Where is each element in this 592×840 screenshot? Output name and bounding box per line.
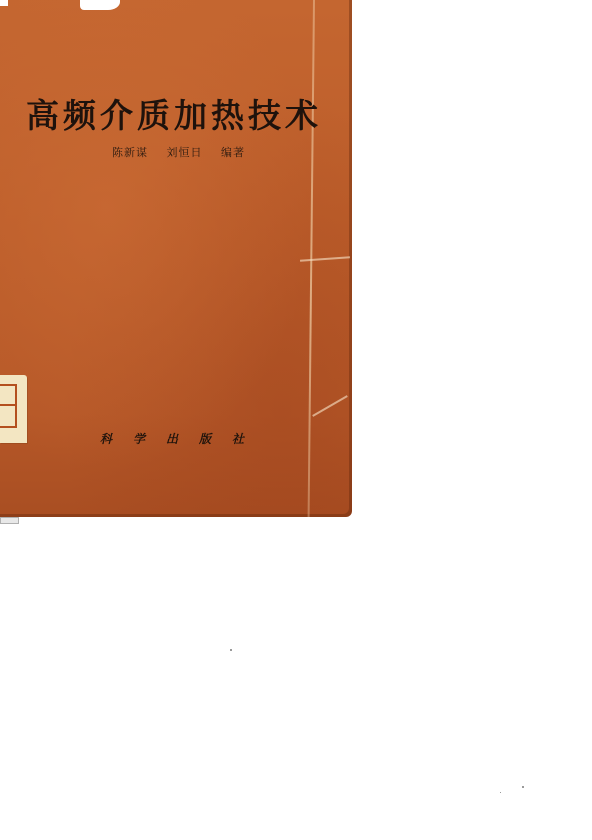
scan-speck bbox=[522, 786, 524, 788]
label-grid bbox=[0, 384, 17, 428]
author-line: 陈新谋 刘恒日 编著 bbox=[112, 144, 259, 160]
crease bbox=[312, 395, 348, 417]
book-title: 高频介质加热技术 bbox=[26, 90, 326, 137]
author-name: 陈新谋 bbox=[112, 146, 148, 159]
author-name: 刘恒日 bbox=[167, 146, 203, 159]
library-label-sticker bbox=[0, 375, 27, 443]
crease bbox=[300, 256, 350, 261]
scan-speck bbox=[230, 649, 232, 651]
book-cover: 高频介质加热技术 陈新谋 刘恒日 编著 科学出版社 bbox=[0, 0, 352, 517]
torn-edge bbox=[80, 0, 120, 10]
page-edge-strip bbox=[0, 517, 19, 524]
torn-corner bbox=[0, 0, 8, 6]
author-role: 编著 bbox=[221, 146, 245, 159]
scan-speck bbox=[500, 792, 501, 793]
publisher-name: 科学出版社 bbox=[100, 430, 265, 447]
